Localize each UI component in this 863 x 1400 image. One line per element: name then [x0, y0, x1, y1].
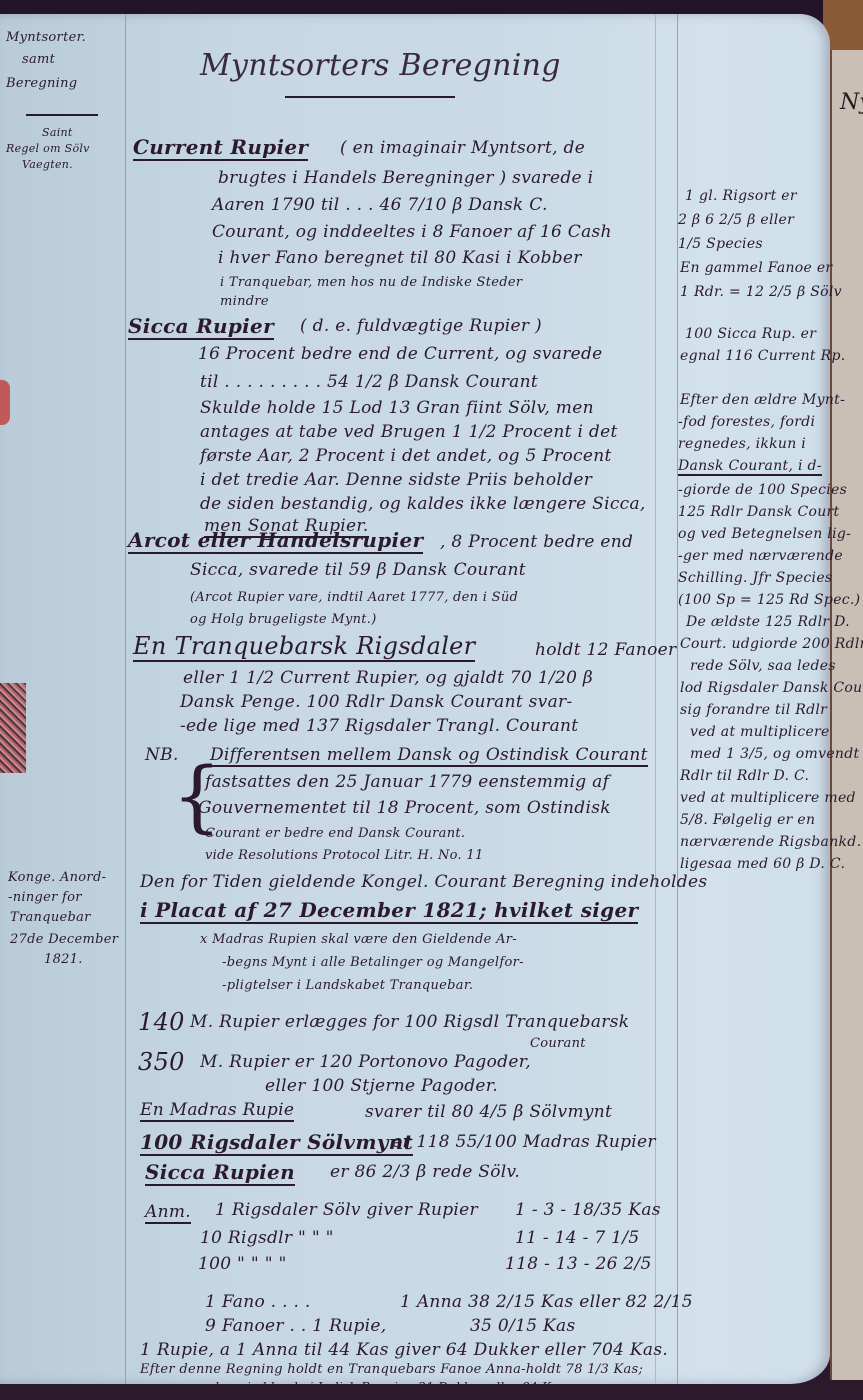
margin-note-3: Vaegten. — [22, 158, 73, 171]
right-note: 5/8. Følgelig er en — [680, 812, 815, 828]
rate-amount: 140 — [138, 1008, 185, 1036]
heading-arcot-rupier: Arcot eller Handelsrupier — [128, 528, 423, 554]
right-note: ved at multiplicere — [690, 724, 830, 740]
fano-row-qty: 1 Fano . . . . — [205, 1292, 311, 1312]
text-line: holdt 12 Fanoer — [535, 640, 676, 660]
text-line: , 8 Procent bedre end — [440, 532, 633, 552]
text-line: brugtes i Handels Beregninger ) svarede … — [218, 168, 593, 188]
nb-line: Gouvernementet til 18 Procent, som Ostin… — [198, 798, 611, 818]
right-note: De ældste 125 Rdlr D. — [686, 614, 850, 630]
margin-heading-1: Myntsorter. — [6, 30, 86, 45]
title-underline — [285, 96, 455, 98]
adjacent-page-edge: Ny — [830, 50, 863, 1380]
margin-heading-2: samt — [22, 52, 55, 67]
right-note: Efter den ældre Mynt- — [680, 392, 845, 408]
margin-heading-3: Beregning — [6, 76, 77, 91]
text-line: -ede lige med 137 Rigsdaler Trangl. Cour… — [180, 716, 578, 736]
right-note: -fod forestes, fordi — [678, 414, 815, 430]
margin-decree-1: Konge. Anord- — [8, 870, 106, 885]
fano-row-qty: 9 Fanoer . . 1 Rupie, — [205, 1316, 386, 1336]
anm-row-value: 1 - 3 - 18/35 Kas — [515, 1200, 661, 1220]
anm-row-qty: 100 " " " " — [198, 1254, 287, 1274]
right-note: Schilling. Jfr Species — [678, 570, 832, 586]
right-note: rede Sölv, saa ledes — [690, 658, 836, 674]
text-line: 16 Procent bedre end de Current, og svar… — [198, 344, 603, 364]
right-note: nærværende Rigsbankd. — [680, 834, 861, 850]
text-line: Courant, og inddeeltes i 8 Fanoer af 16 … — [212, 222, 612, 242]
right-note: og ved Betegnelsen lig- — [678, 526, 851, 542]
equiv-label: Sicca Rupien — [145, 1160, 295, 1186]
right-note: 125 Rdlr Dansk Court — [678, 504, 839, 520]
rate-sub: eller 100 Stjerne Pagoder. — [265, 1076, 498, 1096]
text-line: antages at tabe ved Brugen 1 1/2 Procent… — [200, 422, 618, 442]
margin-decree-5: 1821. — [44, 952, 83, 967]
margin-note-2: Regel om Sölv — [6, 142, 90, 155]
nb-line: Courant er bedre end Dansk Courant. — [205, 826, 465, 841]
nb-line: vide Resolutions Protocol Litr. H. No. 1… — [205, 848, 484, 863]
equiv-text: svarer til 80 4/5 β Sölvmynt — [365, 1102, 612, 1122]
text-line: Dansk Penge. 100 Rdlr Dansk Courant svar… — [180, 692, 573, 712]
right-note: Rdlr til Rdlr D. C. — [680, 768, 809, 784]
right-note: regnedes, ikkun i — [678, 436, 806, 452]
heading-sicca-rupier: Sicca Rupier — [128, 314, 274, 340]
footer-line: 1 Rupie, a 1 Anna til 44 Kas giver 64 Du… — [140, 1340, 668, 1360]
right-note: 1 gl. Rigsort er — [685, 188, 797, 204]
right-note: med 1 3/5, og omvendt — [690, 746, 859, 762]
right-note: (100 Sp = 125 Rd Spec.) — [678, 592, 860, 608]
rate-sub: Courant — [530, 1036, 586, 1051]
brace-bracket: { — [172, 758, 222, 836]
right-note: Dansk Courant, i d- — [678, 458, 822, 476]
text-line: ( en imaginair Myntsort, de — [340, 138, 585, 158]
fano-row-value: 35 0/15 Kas — [470, 1316, 575, 1336]
text-line: første Aar, 2 Procent i det andet, og 5 … — [200, 446, 612, 466]
margin-decree-2: -ninger for — [8, 890, 82, 905]
text-line: i hver Fano beregnet til 80 Kasi i Kobbe… — [218, 248, 582, 268]
right-note: Court. udgiorde 200 Rdlr — [680, 636, 863, 652]
margin-divider — [26, 114, 98, 116]
nb-line: fastsattes den 25 Januar 1779 eenstemmig… — [205, 772, 609, 792]
right-note: En gammel Fanoe er — [680, 260, 832, 276]
faint-column-rule — [655, 14, 656, 1384]
right-note: 1/5 Species — [678, 236, 763, 252]
equiv-text: er 118 55/100 Madras Rupier — [392, 1132, 656, 1152]
text-line: Skulde holde 15 Lod 13 Gran fiint Sölv, … — [200, 398, 594, 418]
decree-line: i Placat af 27 December 1821; hvilket si… — [140, 898, 638, 924]
footer-line: Efter denne Regning holdt en Tranquebars… — [140, 1362, 643, 1377]
decree-line: -begns Mynt i alle Betalinger og Mangelf… — [222, 955, 524, 970]
anm-label: Anm. — [145, 1202, 191, 1224]
nb-line: Differentsen mellem Dansk og Ostindisk C… — [210, 745, 648, 767]
heading-current-rupier: Current Rupier — [133, 135, 308, 161]
text-line: i det tredie Aar. Denne sidste Priis beh… — [200, 470, 592, 490]
footer-line: men den giældende i Indisk Regning 21 Du… — [180, 1380, 569, 1394]
right-note: ligesaa med 60 β D. C. — [680, 856, 845, 872]
text-line: de siden bestandig, og kaldes ikke længe… — [200, 494, 646, 514]
text-line: eller 1 1/2 Current Rupier, og gjaldt 70… — [183, 668, 593, 688]
right-note: egnal 116 Current Rp. — [680, 348, 845, 364]
right-note: 100 Sicca Rup. er — [685, 326, 816, 342]
right-note: ved at multiplicere med — [680, 790, 856, 806]
margin-note-1: Saint — [42, 126, 73, 139]
anm-row-qty: 10 Rigsdlr " " " — [200, 1228, 334, 1248]
text-line: til . . . . . . . . . 54 1/2 β Dansk Cou… — [200, 372, 538, 392]
red-bookmark-tab — [0, 380, 10, 425]
margin-decree-3: Tranquebar — [10, 910, 91, 925]
rate-amount: 350 — [138, 1048, 185, 1076]
decree-line: Den for Tiden gieldende Kongel. Courant … — [140, 872, 707, 892]
right-note: lod Rigsdaler Dansk Court — [680, 680, 863, 696]
text-line: ( d. e. fuldvægtige Rupier ) — [300, 316, 542, 336]
left-margin-rule — [125, 14, 126, 1384]
rate-text: M. Rupier er 120 Portonovo Pagoder, — [200, 1052, 531, 1072]
rate-text: M. Rupier erlægges for 100 Rigsdl Tranqu… — [190, 1012, 629, 1032]
decree-line: x Madras Rupien skal være den Gieldende … — [200, 932, 517, 947]
fano-row-value: 1 Anna 38 2/15 Kas eller 82 2/15 — [400, 1292, 693, 1312]
right-note: 1 Rdr. = 12 2/5 β Sölv — [680, 284, 842, 300]
anm-row-value: 11 - 14 - 7 1/5 — [515, 1228, 639, 1248]
margin-decree-4: 27de December — [10, 932, 118, 947]
right-note: -ger med nærværende — [678, 548, 843, 564]
anm-row-value: 118 - 13 - 26 2/5 — [505, 1254, 652, 1274]
text-line: og Holg brugeligste Mynt.) — [190, 612, 377, 627]
equiv-text: er 86 2/3 β rede Sölv. — [330, 1162, 520, 1182]
text-line: Sicca, svarede til 59 β Dansk Courant — [190, 560, 526, 580]
text-line: i Tranquebar, men hos nu de Indiske Sted… — [220, 275, 522, 290]
equiv-label: 100 Rigsdaler Sölvmynt — [140, 1130, 413, 1156]
adjacent-page-fragment: Ny — [840, 90, 863, 115]
decree-line: -pligtelser i Landskabet Tranquebar. — [222, 978, 473, 993]
text-line: Aaren 1790 til . . . 46 7/10 β Dansk C. — [212, 195, 548, 215]
right-note: sig forandre til Rdlr — [680, 702, 827, 718]
page-title: Myntsorters Beregning — [200, 48, 561, 83]
color-calibration-patch — [0, 683, 26, 773]
right-note: -giorde de 100 Species — [678, 482, 847, 498]
text-line: (Arcot Rupier vare, indtil Aaret 1777, d… — [190, 590, 518, 605]
equiv-label: En Madras Rupie — [140, 1100, 294, 1122]
right-note: 2 β 6 2/5 β eller — [678, 212, 794, 228]
heading-tranquebar-rigsdaler: En Tranquebarsk Rigsdaler — [133, 632, 475, 662]
anm-row-qty: 1 Rigsdaler Sölv giver Rupier — [215, 1200, 478, 1220]
text-line: mindre — [220, 294, 269, 309]
